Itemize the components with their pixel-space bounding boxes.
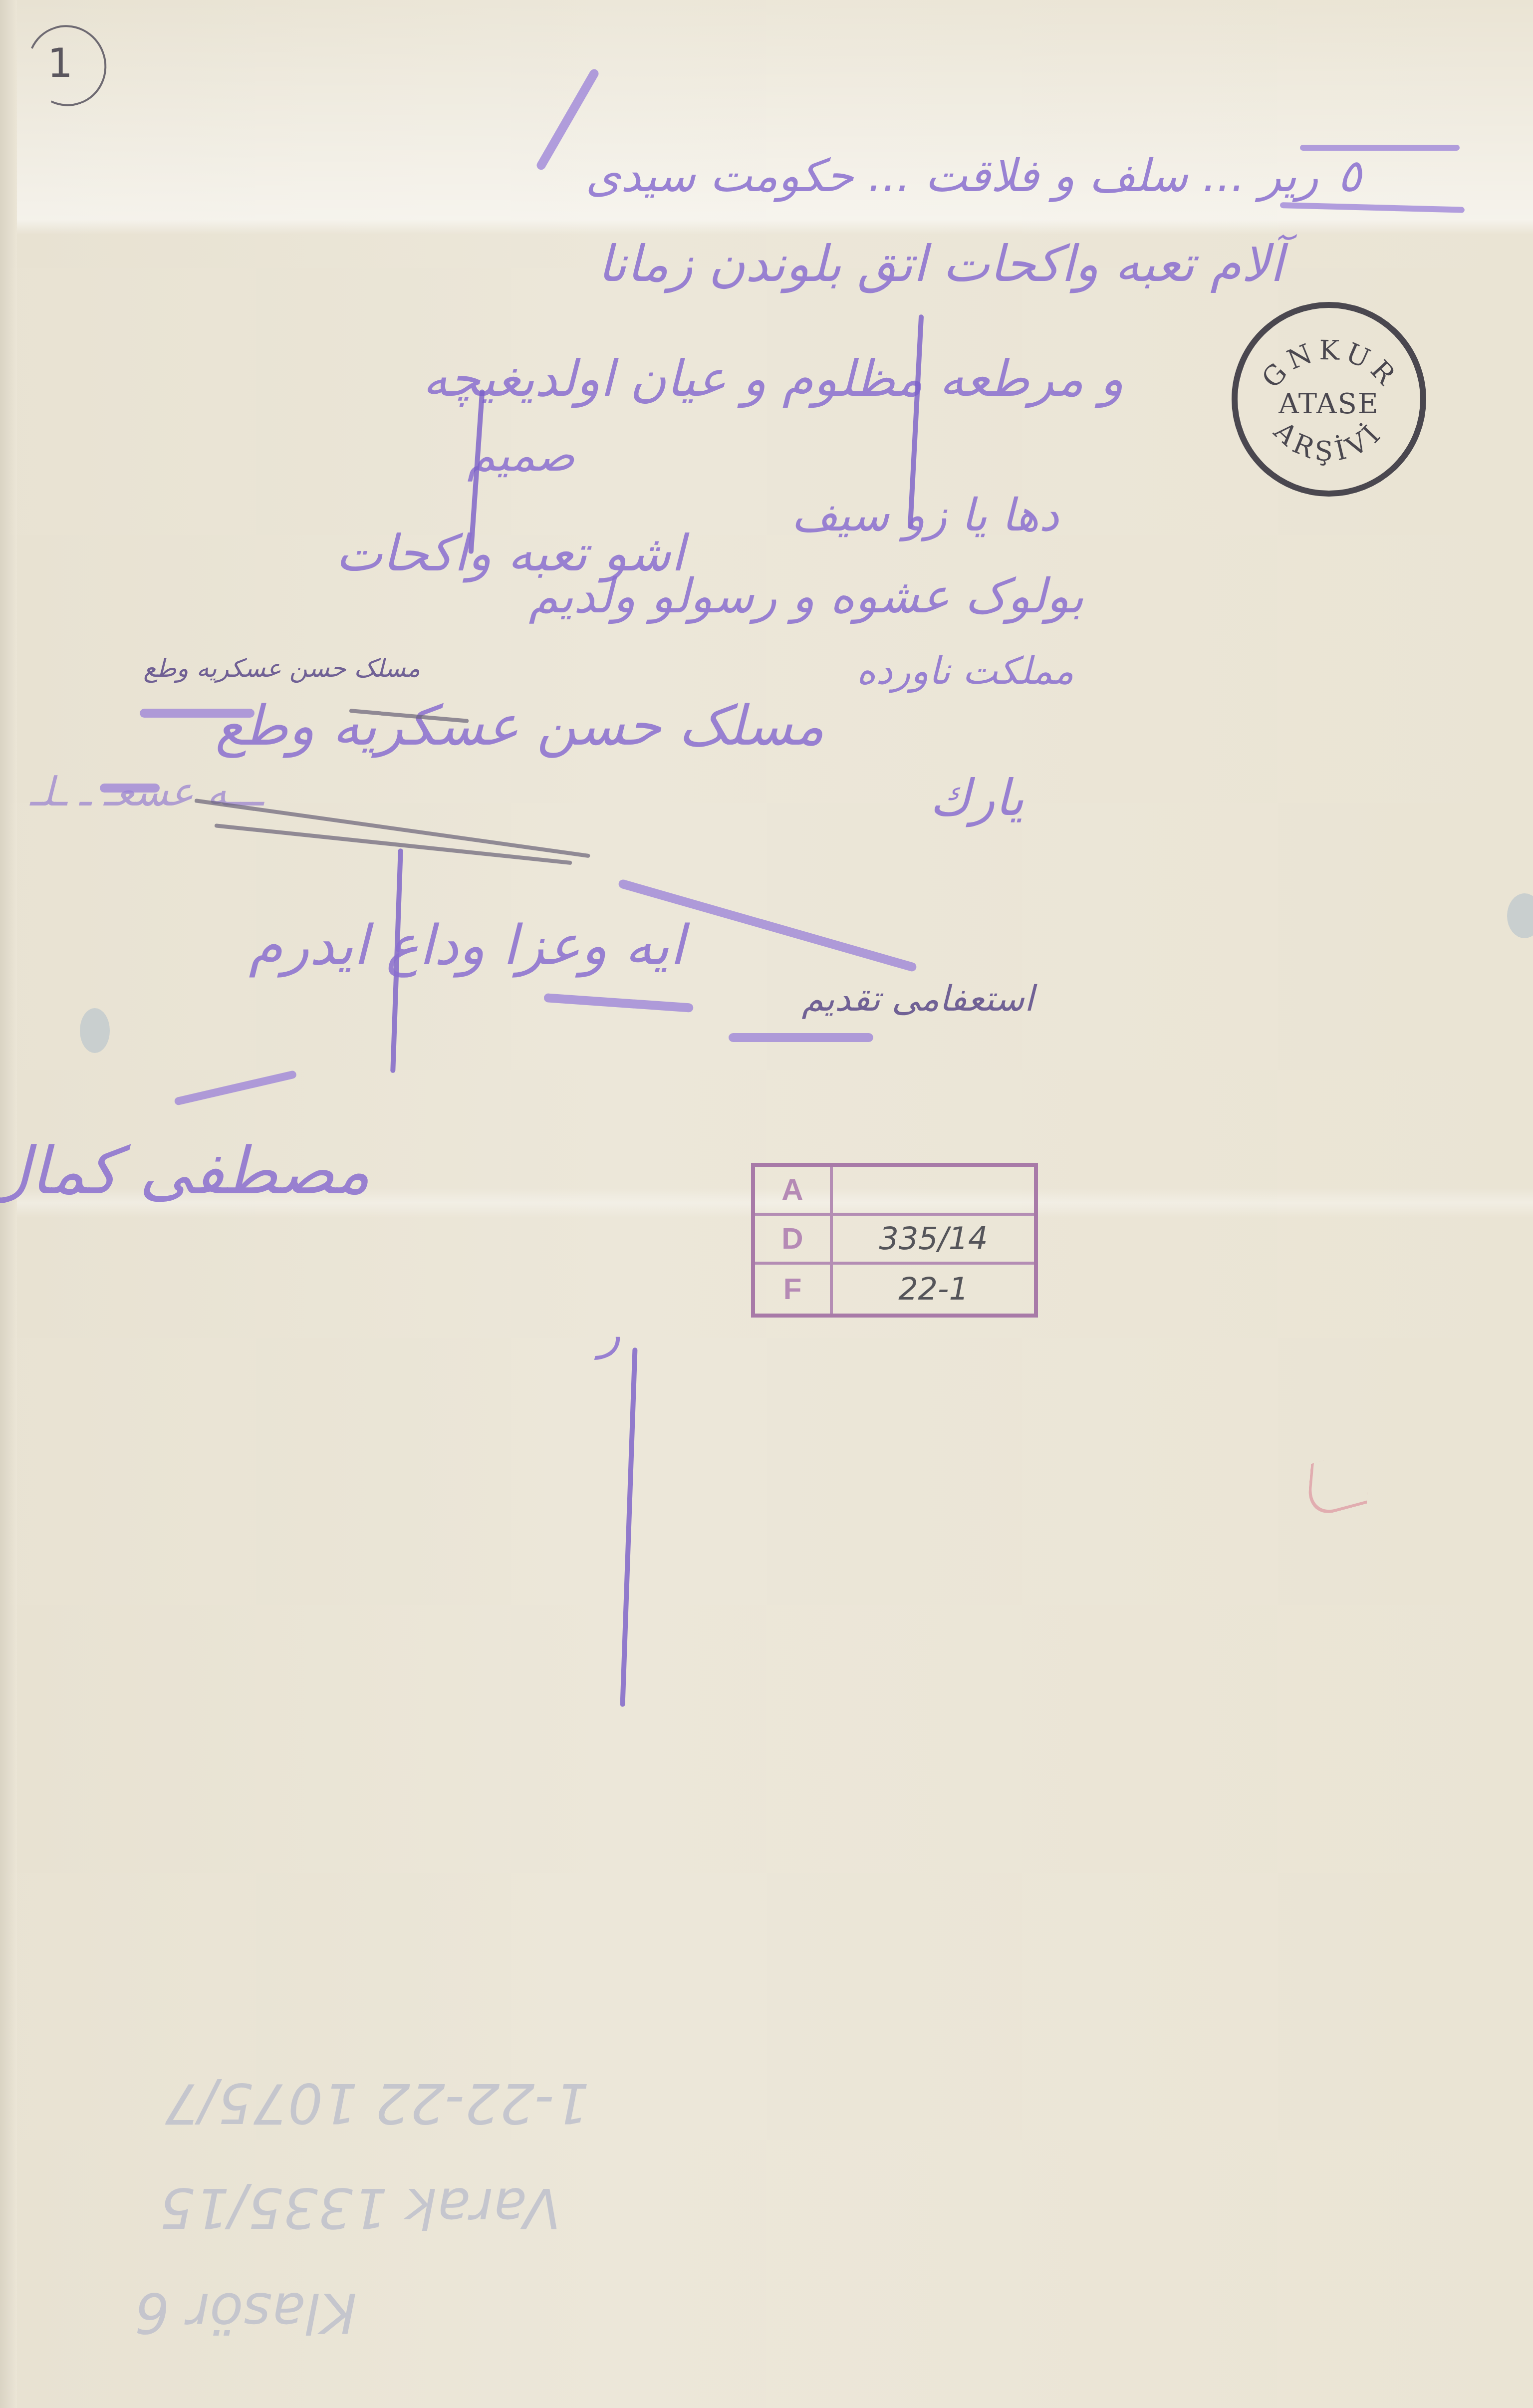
ref-row-f: F 22-1 [755, 1265, 1034, 1314]
text-line-2: آلام تعبه واکحات اتق بلوندن زمانا [598, 235, 1283, 293]
stamp-bottom-text: ARŞİVİ [1268, 415, 1390, 467]
text-insert-1: مسلک حسن عسکریه وطع [143, 654, 420, 683]
text-line-3: و مرطعه مظلوم و عیان اولدیغیچه [423, 349, 1124, 408]
reference-box: A D 335/14 F 22-1 [751, 1163, 1038, 1318]
pen-mark: ﺭ [599, 1308, 620, 1360]
stamp-center-text: ATASE [1238, 388, 1420, 420]
ref-row-a: A [755, 1167, 1034, 1216]
folio-number: 1 [47, 40, 73, 86]
faint-note-3: Klasör 6 [135, 2281, 357, 2345]
archive-stamp: GNKUR ARŞİVİ ATASE [1232, 302, 1426, 497]
text-line-9b: مسلک حسن عسکریه وطع [215, 694, 824, 758]
strikeout-9 [729, 1033, 873, 1042]
header-rule-top [1300, 145, 1460, 151]
ref-value-a [833, 1167, 1034, 1213]
ref-row-d: D 335/14 [755, 1216, 1034, 1265]
strikeout-2 [140, 709, 255, 718]
text-line-1: ریر ... سلف و فلاقت ... حکومت سیدی [585, 150, 1318, 202]
svg-text:ARŞİVİ: ARŞİVİ [1268, 415, 1390, 467]
header-symbol: ٥ [1337, 150, 1361, 202]
ref-value-f: 22-1 [833, 1265, 1034, 1314]
ref-value-d: 335/14 [833, 1216, 1034, 1262]
punch-hole-left [80, 1008, 110, 1053]
text-insert-2: استعفامی تقدیم [801, 978, 1034, 1019]
svg-text:GNKUR: GNKUR [1256, 334, 1405, 394]
faint-note-1: 1-22-22 1075/7 [165, 2071, 589, 2135]
text-line-10: یارك [930, 769, 1024, 827]
ref-key-d: D [755, 1216, 833, 1262]
text-line-8: مملکت ناورده [856, 649, 1074, 693]
faint-note-2: Varak 1335/15 [160, 2176, 561, 2240]
strikeout-4 [100, 784, 160, 793]
text-line-11: ایه وعزا وداع ایدرم [249, 913, 685, 977]
ref-key-f: F [755, 1265, 833, 1314]
text-line-7: بولوک عشوه و رسولو ولدیم [529, 569, 1084, 624]
ref-key-a: A [755, 1167, 833, 1213]
text-line-4: صمیم [467, 429, 575, 482]
text-line-5: دها یا زو سیف [791, 489, 1059, 541]
stamp-top-text: GNKUR [1256, 334, 1405, 394]
signature: مصطفی کمال [0, 1133, 370, 1209]
